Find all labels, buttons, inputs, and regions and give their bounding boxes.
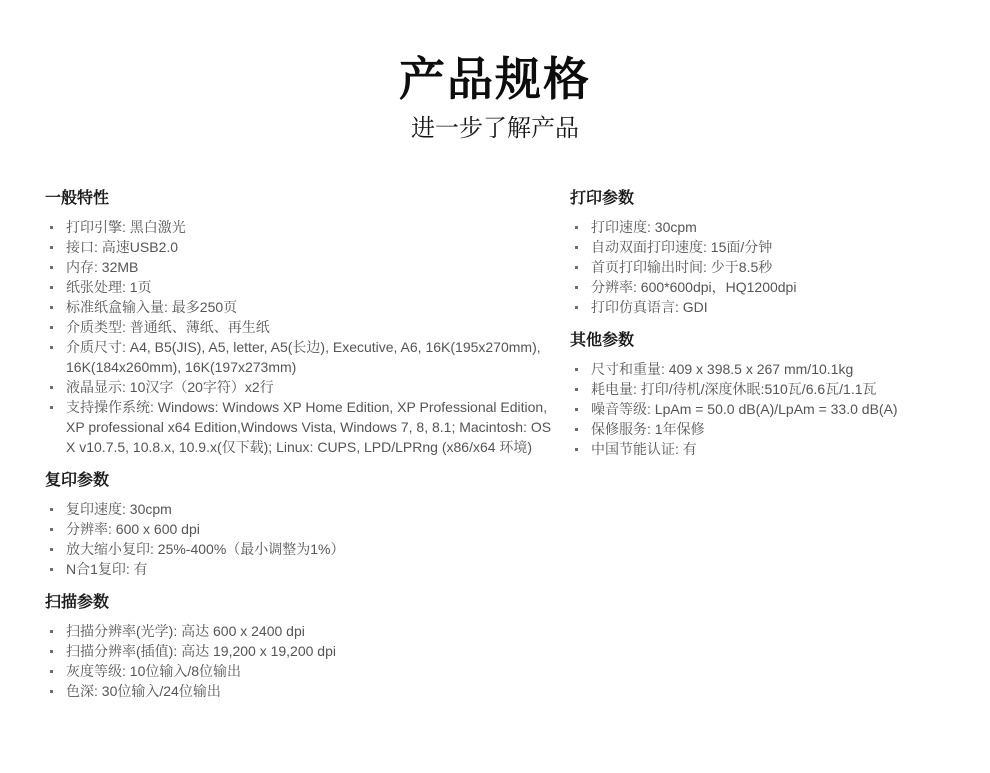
section-heading: 复印参数 xyxy=(45,470,563,492)
spec-list: 尺寸和重量: 409 x 398.5 x 267 mm/10.1kg耗电量: 打… xyxy=(570,359,990,459)
bullet-icon xyxy=(50,650,53,653)
spec-item-text: 标准纸盒输入量: 最多250页 xyxy=(66,299,237,315)
spec-item-text: 打印仿真语言: GDI xyxy=(591,299,708,315)
section-general-features: 一般特性打印引擎: 黑白激光接口: 高速USB2.0内存: 32MB纸张处理: … xyxy=(45,188,563,457)
spec-item-text: 保修服务: 1年保修 xyxy=(591,421,705,437)
bullet-icon xyxy=(575,368,578,371)
spec-item: 分辨率: 600 x 600 dpi xyxy=(45,519,563,539)
bullet-icon xyxy=(50,346,53,349)
section-scan-params: 扫描参数扫描分辨率(光学): 高达 600 x 2400 dpi扫描分辨率(插值… xyxy=(45,592,563,701)
spec-item-text: 首页打印输出时间: 少于8.5秒 xyxy=(591,259,772,275)
spec-item: 首页打印输出时间: 少于8.5秒 xyxy=(570,257,990,277)
spec-item: 色深: 30位输入/24位输出 xyxy=(45,681,563,701)
spec-item-text: 介质尺寸: A4, B5(JIS), A5, letter, A5(长边), E… xyxy=(66,339,541,375)
spec-item-text: 复印速度: 30cpm xyxy=(66,501,172,517)
spec-item-text: 耗电量: 打印/待机/深度休眠:510瓦/6.6瓦/1.1瓦 xyxy=(591,381,877,397)
bullet-icon xyxy=(50,406,53,409)
bullet-icon xyxy=(50,568,53,571)
bullet-icon xyxy=(50,528,53,531)
spec-item: 保修服务: 1年保修 xyxy=(570,419,990,439)
section-print-params: 打印参数打印速度: 30cpm自动双面打印速度: 15面/分钟首页打印输出时间:… xyxy=(570,188,990,317)
bullet-icon xyxy=(50,548,53,551)
spec-item-text: 灰度等级: 10位输入/8位输出 xyxy=(66,663,241,679)
bullet-icon xyxy=(575,408,578,411)
spec-list: 复印速度: 30cpm分辨率: 600 x 600 dpi放大缩小复印: 25%… xyxy=(45,499,563,579)
spec-item-text: 自动双面打印速度: 15面/分钟 xyxy=(591,239,772,255)
spec-list: 扫描分辨率(光学): 高达 600 x 2400 dpi扫描分辨率(插值): 高… xyxy=(45,621,563,701)
spec-item: 介质尺寸: A4, B5(JIS), A5, letter, A5(长边), E… xyxy=(45,337,563,377)
bullet-icon xyxy=(575,286,578,289)
spec-item: 内存: 32MB xyxy=(45,257,563,277)
product-spec-page: 产品规格 进一步了解产品 一般特性打印引擎: 黑白激光接口: 高速USB2.0内… xyxy=(0,0,990,773)
spec-item: 尺寸和重量: 409 x 398.5 x 267 mm/10.1kg xyxy=(570,359,990,379)
bullet-icon xyxy=(50,246,53,249)
spec-item-text: 纸张处理: 1页 xyxy=(66,279,152,295)
bullet-icon xyxy=(575,306,578,309)
section-heading: 其他参数 xyxy=(570,330,990,352)
spec-item-text: 支持操作系统: Windows: Windows XP Home Edition… xyxy=(66,399,551,455)
spec-list: 打印引擎: 黑白激光接口: 高速USB2.0内存: 32MB纸张处理: 1页标准… xyxy=(45,217,563,457)
bullet-icon xyxy=(50,670,53,673)
section-heading: 一般特性 xyxy=(45,188,563,210)
bullet-icon xyxy=(50,690,53,693)
spec-item-text: 打印引擎: 黑白激光 xyxy=(66,219,186,235)
spec-item: 打印仿真语言: GDI xyxy=(570,297,990,317)
bullet-icon xyxy=(575,428,578,431)
spec-item: 扫描分辨率(插值): 高达 19,200 x 19,200 dpi xyxy=(45,641,563,661)
bullet-icon xyxy=(50,266,53,269)
spec-item-text: 接口: 高速USB2.0 xyxy=(66,239,178,255)
section-other-params: 其他参数尺寸和重量: 409 x 398.5 x 267 mm/10.1kg耗电… xyxy=(570,330,990,459)
spec-item-text: 液晶显示: 10汉字（20字符）x2行 xyxy=(66,379,274,395)
spec-item-text: 内存: 32MB xyxy=(66,259,138,275)
bullet-icon xyxy=(575,246,578,249)
spec-item: 打印引擎: 黑白激光 xyxy=(45,217,563,237)
spec-item-text: 色深: 30位输入/24位输出 xyxy=(66,683,221,699)
section-heading: 打印参数 xyxy=(570,188,990,210)
bullet-icon xyxy=(50,386,53,389)
spec-item-text: 分辨率: 600*600dpi，HQ1200dpi xyxy=(591,279,796,295)
spec-columns: 一般特性打印引擎: 黑白激光接口: 高速USB2.0内存: 32MB纸张处理: … xyxy=(0,188,990,714)
bullet-icon xyxy=(50,226,53,229)
spec-item: 中国节能认证: 有 xyxy=(570,439,990,459)
spec-item-text: 扫描分辨率(插值): 高达 19,200 x 19,200 dpi xyxy=(66,643,336,659)
spec-item: 打印速度: 30cpm xyxy=(570,217,990,237)
bullet-icon xyxy=(50,306,53,309)
section-heading: 扫描参数 xyxy=(45,592,563,614)
spec-item-text: 介质类型: 普通纸、薄纸、再生纸 xyxy=(66,319,270,335)
spec-item-text: 分辨率: 600 x 600 dpi xyxy=(66,521,200,537)
spec-item: 灰度等级: 10位输入/8位输出 xyxy=(45,661,563,681)
spec-item-text: 中国节能认证: 有 xyxy=(591,441,697,457)
spec-item-text: 噪音等级: LpAm = 50.0 dB(A)/LpAm = 33.0 dB(A… xyxy=(591,401,898,417)
bullet-icon xyxy=(50,508,53,511)
spec-item: 自动双面打印速度: 15面/分钟 xyxy=(570,237,990,257)
section-copy-params: 复印参数复印速度: 30cpm分辨率: 600 x 600 dpi放大缩小复印:… xyxy=(45,470,563,579)
page-title: 产品规格 xyxy=(0,0,990,107)
left-column: 一般特性打印引擎: 黑白激光接口: 高速USB2.0内存: 32MB纸张处理: … xyxy=(45,188,563,714)
spec-item: 扫描分辨率(光学): 高达 600 x 2400 dpi xyxy=(45,621,563,641)
bullet-icon xyxy=(50,326,53,329)
spec-item-text: N合1复印: 有 xyxy=(66,561,148,577)
spec-item: 复印速度: 30cpm xyxy=(45,499,563,519)
spec-item: 支持操作系统: Windows: Windows XP Home Edition… xyxy=(45,397,563,457)
spec-item-text: 打印速度: 30cpm xyxy=(591,219,697,235)
spec-item-text: 扫描分辨率(光学): 高达 600 x 2400 dpi xyxy=(66,623,305,639)
bullet-icon xyxy=(575,226,578,229)
bullet-icon xyxy=(575,266,578,269)
page-subtitle: 进一步了解产品 xyxy=(0,113,990,144)
spec-item: 分辨率: 600*600dpi，HQ1200dpi xyxy=(570,277,990,297)
spec-item: 标准纸盒输入量: 最多250页 xyxy=(45,297,563,317)
spec-item: 介质类型: 普通纸、薄纸、再生纸 xyxy=(45,317,563,337)
spec-item: 放大缩小复印: 25%-400%（最小调整为1%） xyxy=(45,539,563,559)
spec-item: 耗电量: 打印/待机/深度休眠:510瓦/6.6瓦/1.1瓦 xyxy=(570,379,990,399)
bullet-icon xyxy=(575,448,578,451)
spec-item: N合1复印: 有 xyxy=(45,559,563,579)
bullet-icon xyxy=(50,286,53,289)
spec-item: 噪音等级: LpAm = 50.0 dB(A)/LpAm = 33.0 dB(A… xyxy=(570,399,990,419)
bullet-icon xyxy=(575,388,578,391)
spec-item-text: 尺寸和重量: 409 x 398.5 x 267 mm/10.1kg xyxy=(591,361,853,377)
spec-item: 接口: 高速USB2.0 xyxy=(45,237,563,257)
spec-item-text: 放大缩小复印: 25%-400%（最小调整为1%） xyxy=(66,541,345,557)
right-column: 打印参数打印速度: 30cpm自动双面打印速度: 15面/分钟首页打印输出时间:… xyxy=(570,188,990,472)
bullet-icon xyxy=(50,630,53,633)
spec-item: 液晶显示: 10汉字（20字符）x2行 xyxy=(45,377,563,397)
spec-list: 打印速度: 30cpm自动双面打印速度: 15面/分钟首页打印输出时间: 少于8… xyxy=(570,217,990,317)
spec-item: 纸张处理: 1页 xyxy=(45,277,563,297)
